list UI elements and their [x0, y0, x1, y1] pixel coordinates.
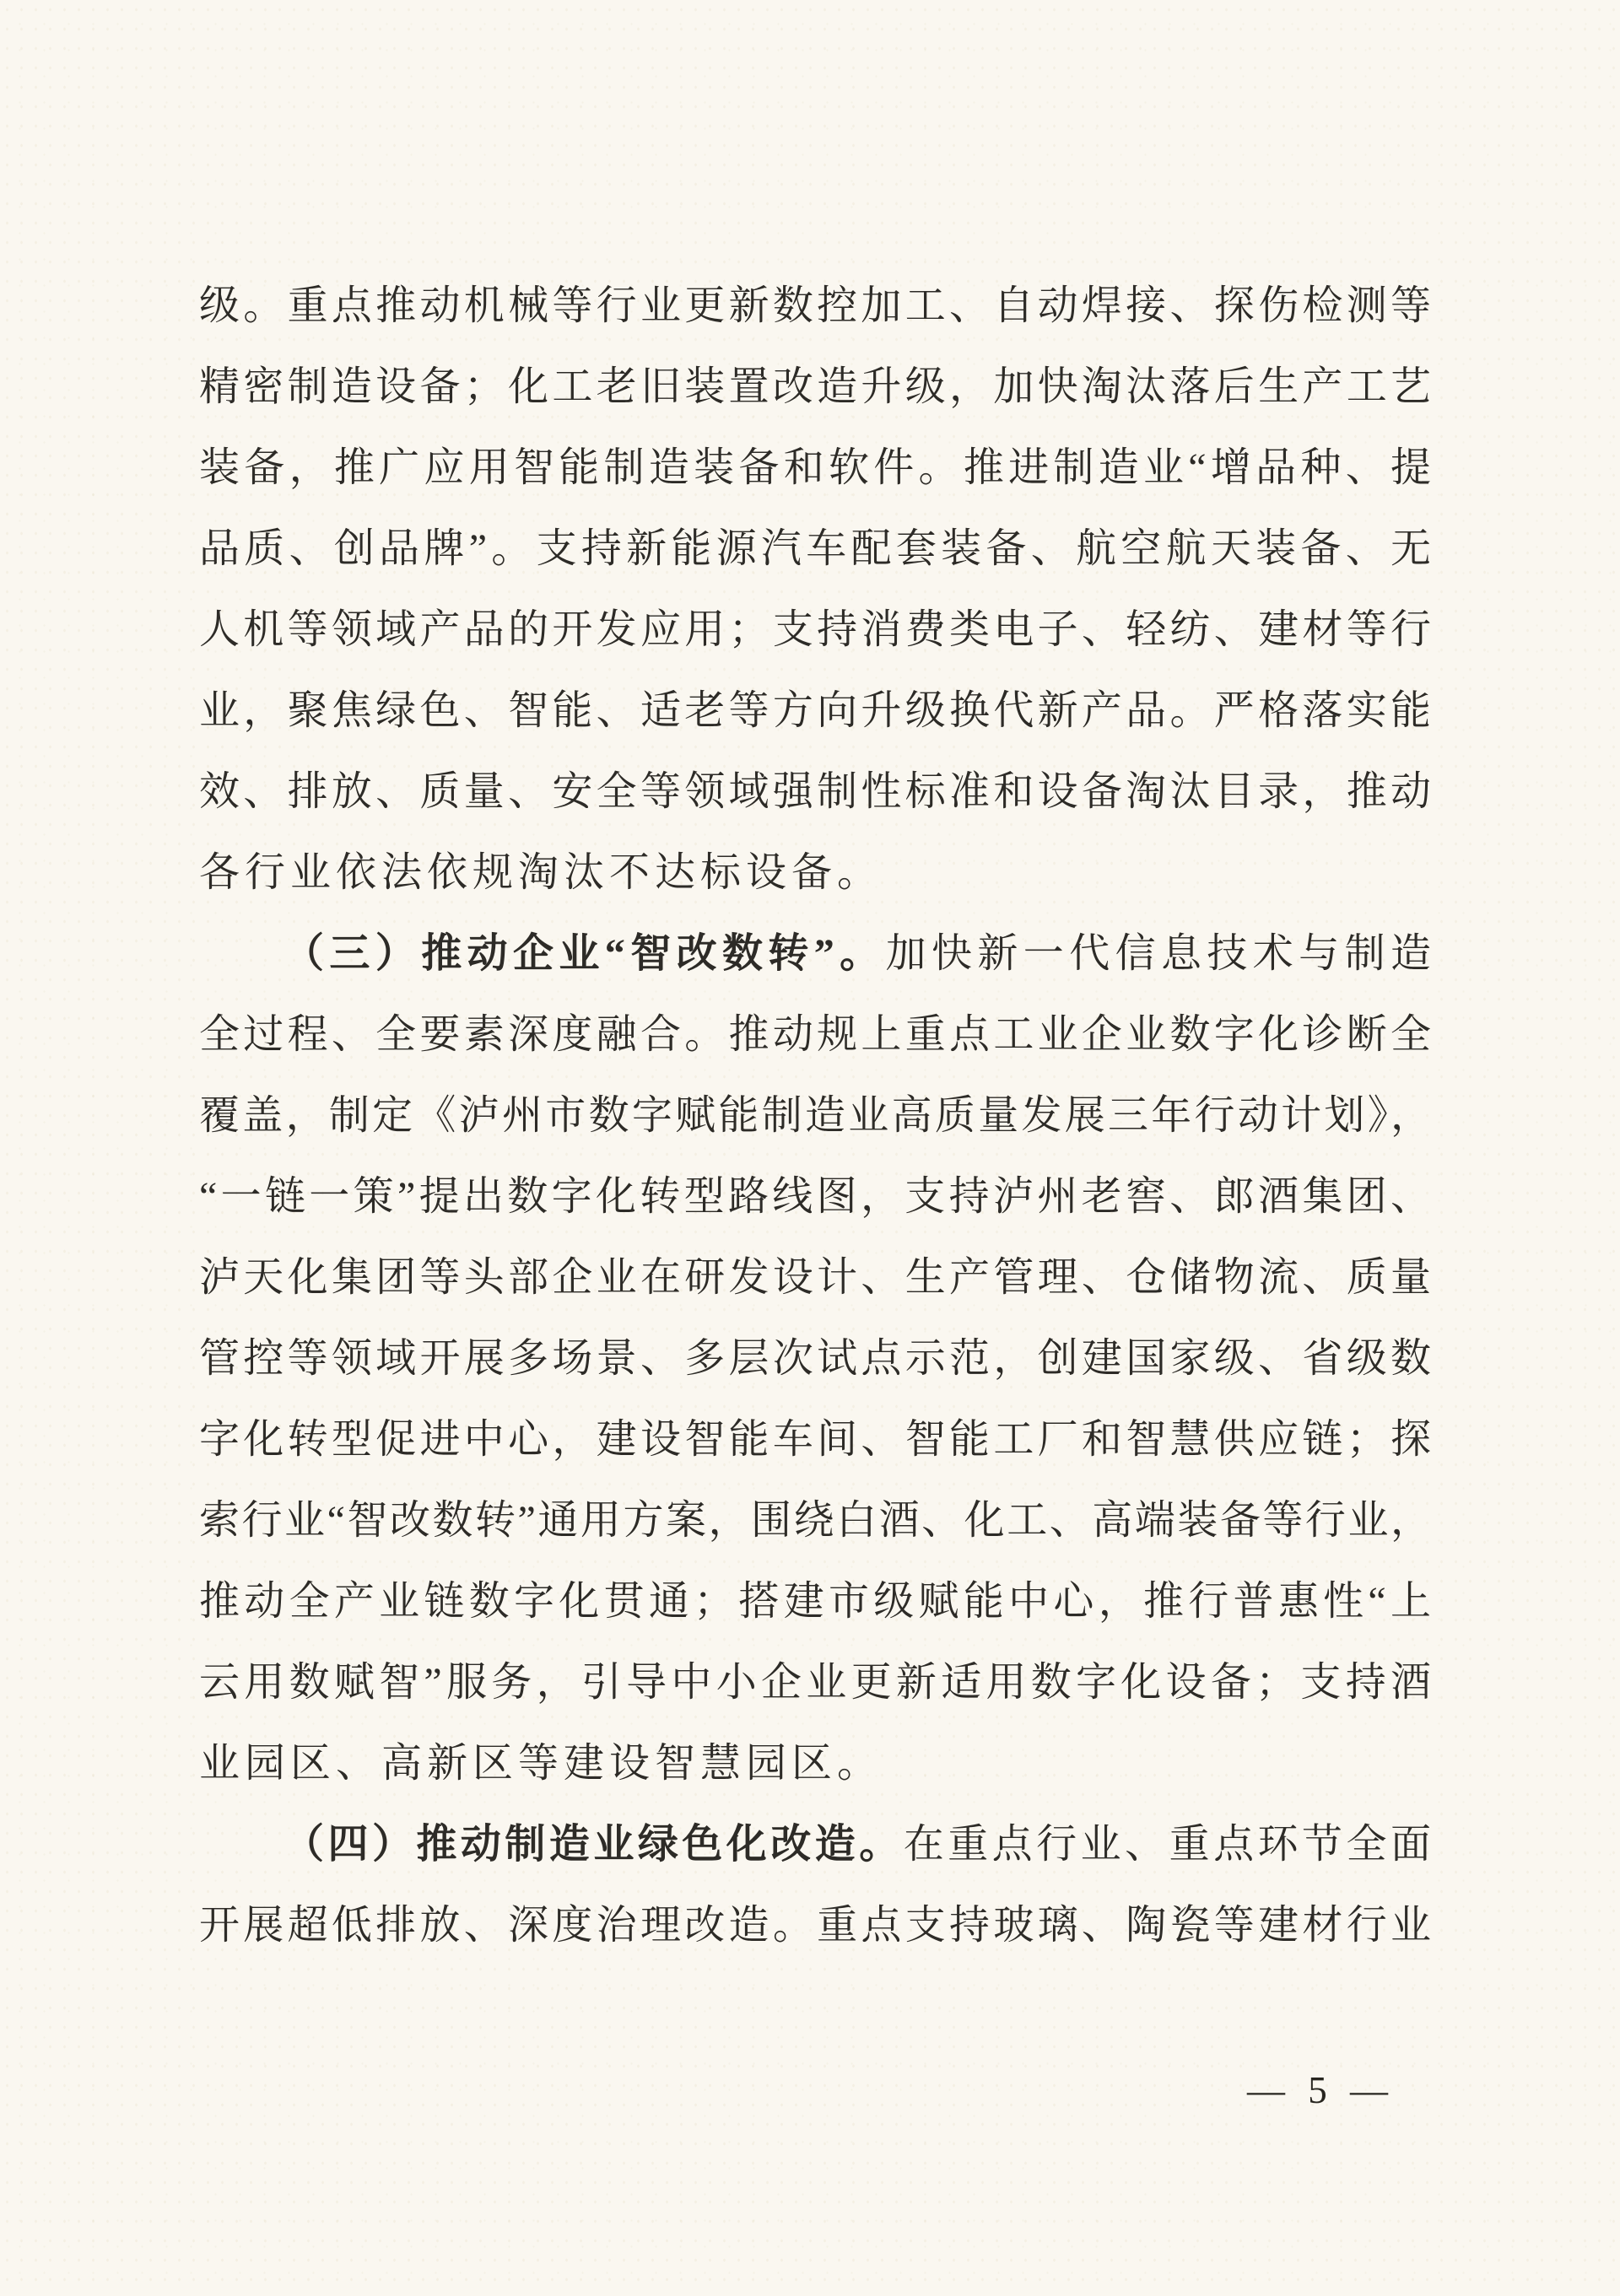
text-line: 开展超低排放、深度治理改造。重点支持玻璃、陶瓷等建材行业: [199, 1885, 1431, 1966]
line-text: 覆盖，制定《泸州市数字赋能制造业高质量发展三年行动计划》，: [199, 1093, 1431, 1138]
line-text: 各行业依法依规淘汰不达标设备。: [199, 850, 883, 895]
text-line: 全过程、全要素深度融合。推动规上重点工业企业数字化诊断全: [199, 994, 1431, 1075]
document-body: 级。重点推动机械等行业更新数控加工、自动焊接、探伤检测等 精密制造设备；化工老旧…: [199, 266, 1431, 1966]
line-text: 品质、创品牌”。支持新能源汽车配套装备、航空航天装备、无: [199, 526, 1431, 571]
line-text: 云用数赋智”服务，引导中小企业更新适用数字化设备；支持酒: [199, 1660, 1431, 1705]
text-line: 云用数赋智”服务，引导中小企业更新适用数字化设备；支持酒: [199, 1642, 1431, 1723]
text-line: 人机等领域产品的开发应用；支持消费类电子、轻纺、建材等行: [199, 590, 1431, 671]
line-text: 字化转型促进中心，建设智能车间、智能工厂和智慧供应链；探: [199, 1417, 1431, 1462]
line-text: 人机等领域产品的开发应用；支持消费类电子、轻纺、建材等行: [199, 607, 1431, 652]
section-heading-bold: （四）推动制造业绿色化改造。: [283, 1822, 904, 1867]
line-text: 业园区、高新区等建设智慧园区。: [199, 1741, 883, 1786]
paragraph-end-line: 各行业依法依规淘汰不达标设备。: [199, 833, 1431, 914]
text-line: 推动全产业链数字化贯通；搭建市级赋能中心，推行普惠性“上: [199, 1561, 1431, 1642]
text-line: 覆盖，制定《泸州市数字赋能制造业高质量发展三年行动计划》，: [199, 1075, 1431, 1156]
text-line: 索行业“智改数转”通用方案，围绕白酒、化工、高端装备等行业，: [199, 1480, 1431, 1561]
line-text: 索行业“智改数转”通用方案，围绕白酒、化工、高端装备等行业，: [199, 1498, 1431, 1543]
line-text: 业，聚焦绿色、智能、适老等方向升级换代新产品。严格落实能: [199, 688, 1431, 733]
line-text: 管控等领域开展多场景、多层次试点示范，创建国家级、省级数: [199, 1336, 1431, 1381]
line-text: 级。重点推动机械等行业更新数控加工、自动焊接、探伤检测等: [199, 283, 1431, 328]
scanned-document-page: 级。重点推动机械等行业更新数控加工、自动焊接、探伤检测等 精密制造设备；化工老旧…: [0, 0, 1620, 2296]
text-line: 效、排放、质量、安全等领域强制性标准和设备淘汰目录，推动: [199, 752, 1431, 833]
line-text: 在重点行业、重点环节全面: [904, 1822, 1431, 1867]
line-text: 加快新一代信息技术与制造: [886, 931, 1431, 976]
paragraph-end-line: 业园区、高新区等建设智慧园区。: [199, 1723, 1431, 1804]
text-line: 业，聚焦绿色、智能、适老等方向升级换代新产品。严格落实能: [199, 671, 1431, 752]
text-line: “一链一策”提出数字化转型路线图，支持泸州老窖、郎酒集团、: [199, 1156, 1431, 1237]
text-line: 泸天化集团等头部企业在研发设计、生产管理、仓储物流、质量: [199, 1237, 1431, 1318]
line-text: 效、排放、质量、安全等领域强制性标准和设备淘汰目录，推动: [199, 769, 1431, 814]
text-line: 品质、创品牌”。支持新能源汽车配套装备、航空航天装备、无: [199, 509, 1431, 590]
line-text: 精密制造设备；化工老旧装置改造升级，加快淘汰落后生产工艺: [199, 364, 1431, 409]
line-text: 推动全产业链数字化贯通；搭建市级赋能中心，推行普惠性“上: [199, 1579, 1431, 1624]
section-heading-bold: （三）推动企业“智改数转”。: [283, 931, 886, 976]
line-text: 开展超低排放、深度治理改造。重点支持玻璃、陶瓷等建材行业: [199, 1903, 1431, 1948]
line-text: 泸天化集团等头部企业在研发设计、生产管理、仓储物流、质量: [199, 1255, 1431, 1300]
line-text: 装备，推广应用智能制造装备和软件。推进制造业“增品种、提: [199, 445, 1431, 490]
line-text: 全过程、全要素深度融合。推动规上重点工业企业数字化诊断全: [199, 1012, 1431, 1057]
text-line: 字化转型促进中心，建设智能车间、智能工厂和智慧供应链；探: [199, 1399, 1431, 1480]
text-line: 级。重点推动机械等行业更新数控加工、自动焊接、探伤检测等: [199, 266, 1431, 347]
section-heading-line-4: （四）推动制造业绿色化改造。在重点行业、重点环节全面: [199, 1804, 1431, 1885]
page-number: — 5 —: [1247, 2066, 1395, 2115]
section-heading-line-3: （三）推动企业“智改数转”。加快新一代信息技术与制造: [199, 914, 1431, 994]
text-line: 装备，推广应用智能制造装备和软件。推进制造业“增品种、提: [199, 428, 1431, 509]
text-line: 精密制造设备；化工老旧装置改造升级，加快淘汰落后生产工艺: [199, 347, 1431, 428]
line-text: “一链一策”提出数字化转型路线图，支持泸州老窖、郎酒集团、: [199, 1174, 1431, 1219]
text-line: 管控等领域开展多场景、多层次试点示范，创建国家级、省级数: [199, 1318, 1431, 1399]
